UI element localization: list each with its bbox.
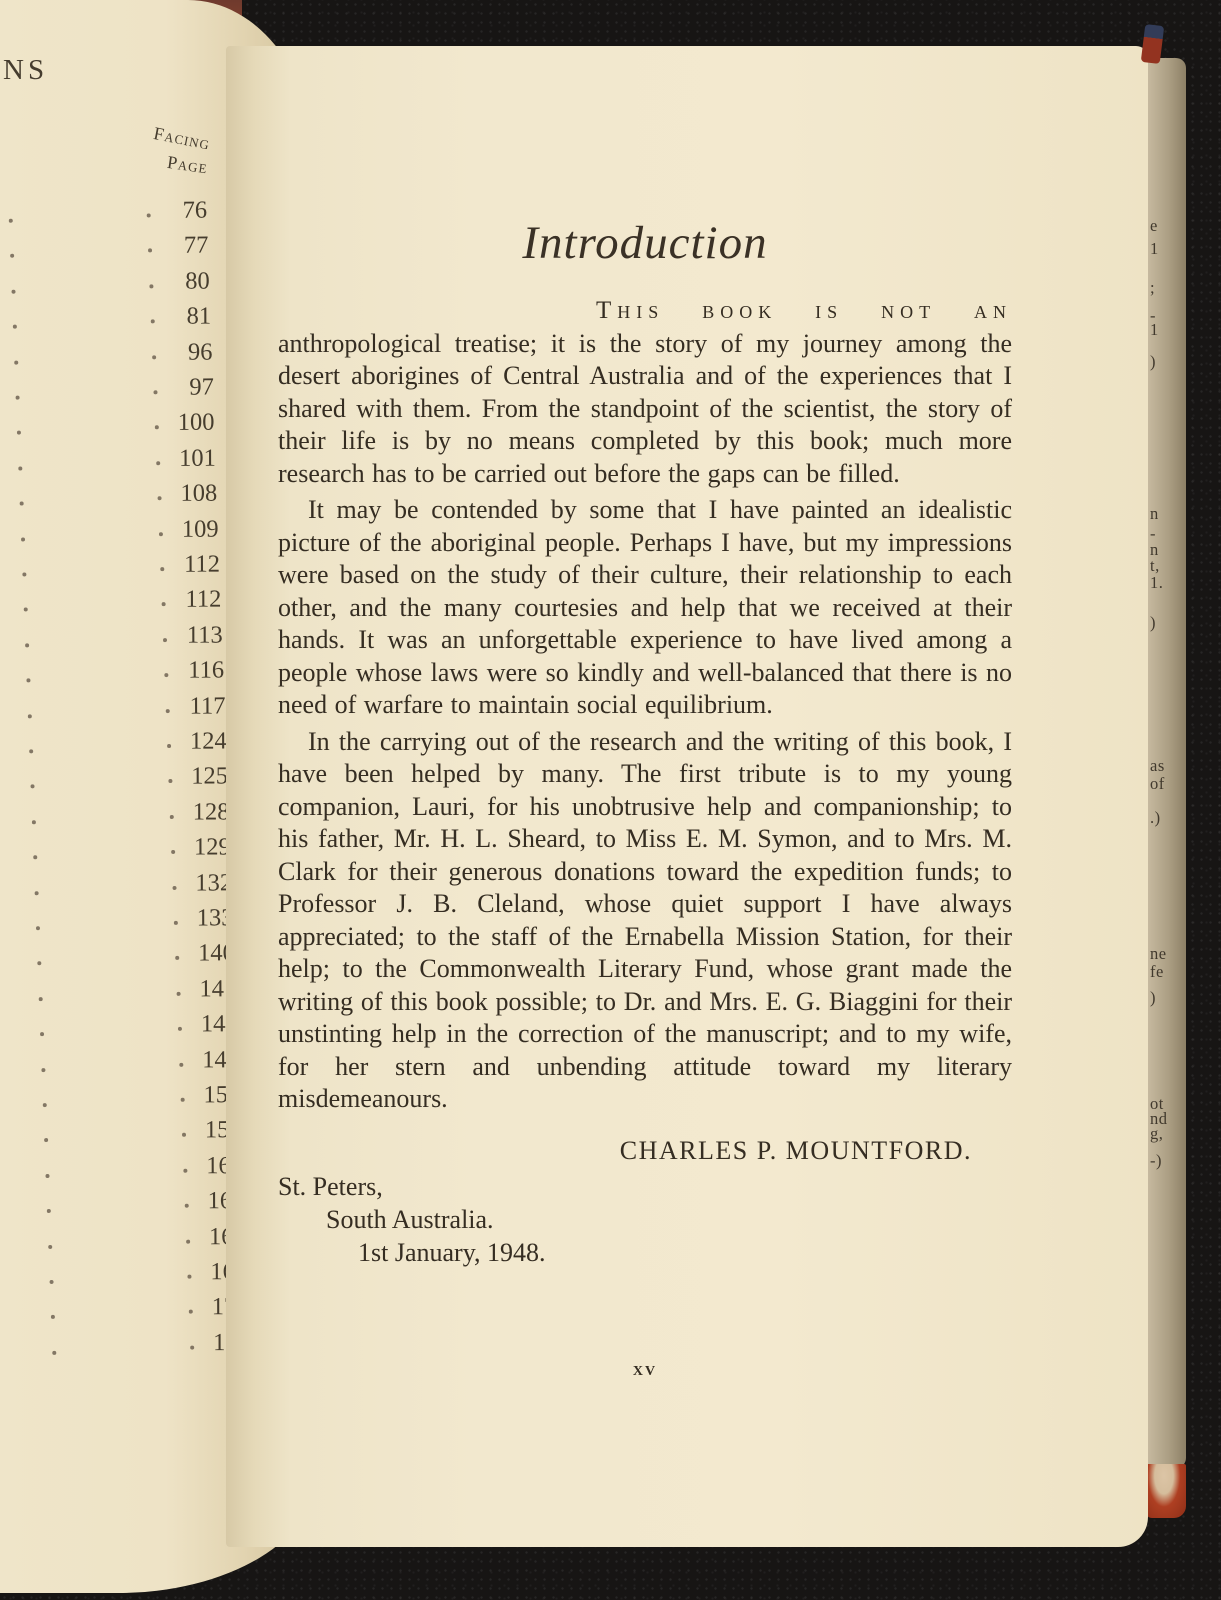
facing-page-row: 168 — [40, 1222, 253, 1260]
cut-text: ne — [1150, 944, 1167, 963]
facing-page-number: 97 — [189, 374, 214, 402]
leader-dot — [159, 532, 163, 536]
facing-page-row: 144 — [31, 1010, 244, 1048]
address-block: St. Peters, South Australia. 1st January… — [278, 1170, 1012, 1269]
leader-dot — [16, 396, 20, 400]
facing-page-number: 100 — [178, 409, 215, 437]
paragraph-1: This book is not an anthropological trea… — [278, 294, 1012, 490]
cut-text: ) — [1150, 613, 1156, 632]
leader-dot — [48, 1245, 52, 1249]
leader-dot — [162, 602, 166, 606]
facing-page-row: 117 — [19, 691, 232, 729]
cut-text: ) — [1150, 988, 1156, 1007]
facing-page-row: 108 — [11, 479, 224, 517]
facing-page-row: 100 — [8, 408, 221, 446]
leader-dot — [51, 1315, 55, 1319]
contents-heading-fragment: NS — [3, 54, 48, 87]
cut-text-fragment: ; — [1148, 280, 1155, 297]
facing-page-row: 112 — [14, 550, 227, 588]
cut-text: 1 — [1150, 320, 1159, 339]
facing-page-number: 116 — [188, 657, 224, 685]
cut-text: ) — [1150, 352, 1156, 371]
leader-dot — [170, 815, 174, 819]
facing-page-number: 109 — [182, 515, 219, 543]
facing-page-number: 113 — [187, 621, 223, 649]
leader-dot — [164, 673, 168, 677]
leader-dot — [41, 1068, 45, 1072]
author-signature: Charles P. Mountford. — [278, 1136, 1012, 1166]
leader-dot — [186, 1239, 190, 1243]
paragraph-1-body: anthropological treatise; it is the stor… — [278, 329, 1012, 488]
leader-dot — [147, 213, 151, 217]
leader-dot — [28, 714, 32, 718]
leader-dot — [153, 390, 157, 394]
leader-dot — [22, 572, 26, 576]
facing-page-number: 108 — [181, 480, 218, 508]
cut-text-fragment: 1 — [1148, 322, 1159, 339]
leader-dot — [49, 1280, 53, 1284]
facing-page-row: 160 — [37, 1151, 250, 1189]
leader-dot — [33, 855, 37, 859]
fore-edge-pages: e 1 ; - 1 ) n - n t, 1. ) as of .) — [1148, 58, 1186, 1468]
leader-dot — [9, 219, 13, 223]
leader-dot — [52, 1351, 56, 1355]
facing-page-number: 76 — [182, 197, 207, 225]
leader-dot — [35, 891, 39, 895]
cut-text: e — [1150, 216, 1158, 235]
leader-dot — [40, 1032, 44, 1036]
dust-jacket-fragment — [1146, 1464, 1186, 1518]
facing-page-row: 116 — [18, 656, 231, 694]
leader-dot — [187, 1275, 191, 1279]
facing-page-row: 77 — [2, 231, 215, 269]
leader-dot — [21, 537, 25, 541]
leader-dot — [32, 820, 36, 824]
facing-page-row: 128 — [23, 797, 236, 835]
facing-page-row: 159 — [35, 1116, 248, 1154]
facing-page-row: 161 — [38, 1186, 251, 1224]
cut-text: .) — [1150, 808, 1161, 827]
leader-dot — [149, 284, 153, 288]
leader-dot — [160, 567, 164, 571]
address-line-3: 1st January, 1948. — [278, 1236, 1012, 1269]
leader-dot — [14, 360, 18, 364]
facing-page-row: 109 — [12, 514, 225, 552]
facing-page-number: 81 — [186, 303, 211, 331]
leader-dot — [10, 254, 14, 258]
facing-page-number: 117 — [190, 692, 226, 720]
cut-text-fragment: of — [1148, 776, 1165, 793]
leader-dot — [11, 289, 15, 293]
address-line-1: St. Peters, — [278, 1170, 1012, 1203]
leader-dot — [43, 1103, 47, 1107]
leader-dot — [177, 992, 181, 996]
leader-dot — [29, 749, 33, 753]
cut-text-fragment: g, — [1148, 1126, 1163, 1143]
facing-page-row: 141 — [30, 974, 243, 1012]
facing-page-number: 125 — [191, 763, 228, 791]
facing-page-row: 145 — [33, 1045, 246, 1083]
leader-dot — [39, 997, 43, 1001]
cut-text-fragment: ) — [1148, 354, 1156, 371]
leader-dot — [157, 496, 161, 500]
leader-dot — [36, 926, 40, 930]
leader-dot — [179, 1062, 183, 1066]
leader-dot — [163, 638, 167, 642]
facing-page-row: 129 — [25, 833, 238, 871]
facing-page-row: 101 — [10, 444, 223, 482]
cut-text-fragment: ne — [1148, 946, 1167, 963]
leader-dot — [182, 1133, 186, 1137]
facing-page-row: 81 — [4, 302, 217, 340]
cut-text: 1. — [1150, 573, 1163, 592]
leader-dot — [151, 319, 155, 323]
leader-dot — [155, 426, 159, 430]
cut-text-fragment: e — [1148, 218, 1158, 235]
cut-text-fragment: n — [1148, 506, 1159, 523]
leader-dot — [171, 850, 175, 854]
cut-text: fe — [1150, 962, 1164, 981]
facing-page-row: 76 — [0, 196, 213, 234]
leader-dot — [148, 249, 152, 253]
leader-dot — [189, 1310, 193, 1314]
facing-page-number: 124 — [190, 727, 227, 755]
cut-text: ; — [1150, 278, 1155, 297]
facing-page-row: 133 — [27, 903, 240, 941]
cut-text-fragment: .) — [1148, 810, 1161, 827]
cut-text: 1 — [1150, 239, 1159, 258]
introduction-page: Introduction This book is not an anthrop… — [226, 46, 1148, 1547]
address-line-2: South Australia. — [278, 1203, 1012, 1236]
leader-dot — [168, 779, 172, 783]
cut-text-fragment: as — [1148, 758, 1165, 775]
cut-text-fragment: ) — [1148, 615, 1156, 632]
facing-page-row: 96 — [6, 337, 219, 375]
cut-text: as — [1150, 756, 1165, 775]
leader-dot — [174, 921, 178, 925]
cut-text: n — [1150, 504, 1159, 523]
facing-page-row: 169 — [41, 1257, 254, 1295]
paragraph-2: It may be contended by some that I have … — [278, 494, 1012, 722]
leader-dot — [17, 431, 21, 435]
leader-dot — [44, 1138, 48, 1142]
leader-dot — [166, 709, 170, 713]
page-number: xv — [278, 1358, 1012, 1381]
leader-dot — [13, 325, 17, 329]
facing-page-number: 128 — [193, 798, 230, 826]
leader-dot — [167, 744, 171, 748]
leader-dot — [178, 1027, 182, 1031]
leader-dot — [152, 355, 156, 359]
leader-dot — [37, 962, 41, 966]
facing-page-number: 80 — [185, 267, 210, 295]
facing-page-row: 124 — [21, 727, 234, 765]
facing-page-row: 158 — [34, 1080, 247, 1118]
page-title: Introduction — [278, 216, 1012, 270]
cut-text-fragment: ) — [1148, 990, 1156, 1007]
facing-page-number: 96 — [187, 338, 212, 366]
leader-dot — [18, 466, 22, 470]
leader-dot — [47, 1209, 51, 1213]
cut-text-fragment: 1. — [1148, 575, 1163, 592]
leader-dot — [25, 643, 29, 647]
leader-dot — [24, 608, 28, 612]
cut-text-fragment: 1 — [1148, 241, 1159, 258]
book-photo: NS Facing Page 76 77 — [0, 0, 1221, 1600]
facing-page-number-column: 76 77 80 81 — [0, 196, 212, 204]
leader-dot — [175, 956, 179, 960]
facing-page-row: 80 — [3, 267, 216, 305]
facing-page-number: 77 — [183, 232, 208, 260]
leader-dot — [183, 1168, 187, 1172]
facing-page-row: 112 — [15, 585, 228, 623]
facing-page-row: 113 — [16, 620, 229, 658]
facing-page-number: 112 — [186, 586, 222, 614]
cut-text: g, — [1150, 1124, 1163, 1143]
leader-dot — [156, 461, 160, 465]
leader-dot — [181, 1098, 185, 1102]
facing-page-number: 112 — [184, 551, 220, 579]
leader-dot — [26, 679, 30, 683]
leader-dot — [30, 785, 34, 789]
cut-text: of — [1150, 774, 1165, 793]
cut-text-fragment: fe — [1148, 964, 1164, 981]
page-content: Introduction This book is not an anthrop… — [278, 46, 1012, 1269]
leader-dot — [190, 1345, 194, 1349]
facing-page-number: 101 — [179, 444, 216, 472]
cut-text: -) — [1150, 1151, 1162, 1170]
leader-dot — [185, 1204, 189, 1208]
paragraph-1-small-caps-opening: This book is not an — [596, 297, 1012, 324]
leader-dot — [172, 885, 176, 889]
facing-page-row: 125 — [22, 762, 235, 800]
facing-page-header: Facing Page — [0, 134, 212, 179]
facing-page-row: 132 — [26, 868, 239, 906]
leader-dot — [45, 1174, 49, 1178]
facing-page-row: 170 — [42, 1293, 255, 1331]
paragraph-3: In the carrying out of the research and … — [278, 726, 1012, 1116]
leader-dot — [20, 502, 24, 506]
facing-page-row: 140 — [29, 939, 242, 977]
facing-page-row: 171 — [44, 1328, 257, 1366]
facing-page-row: 97 — [7, 373, 220, 411]
cut-text-fragment: -) — [1148, 1153, 1162, 1170]
